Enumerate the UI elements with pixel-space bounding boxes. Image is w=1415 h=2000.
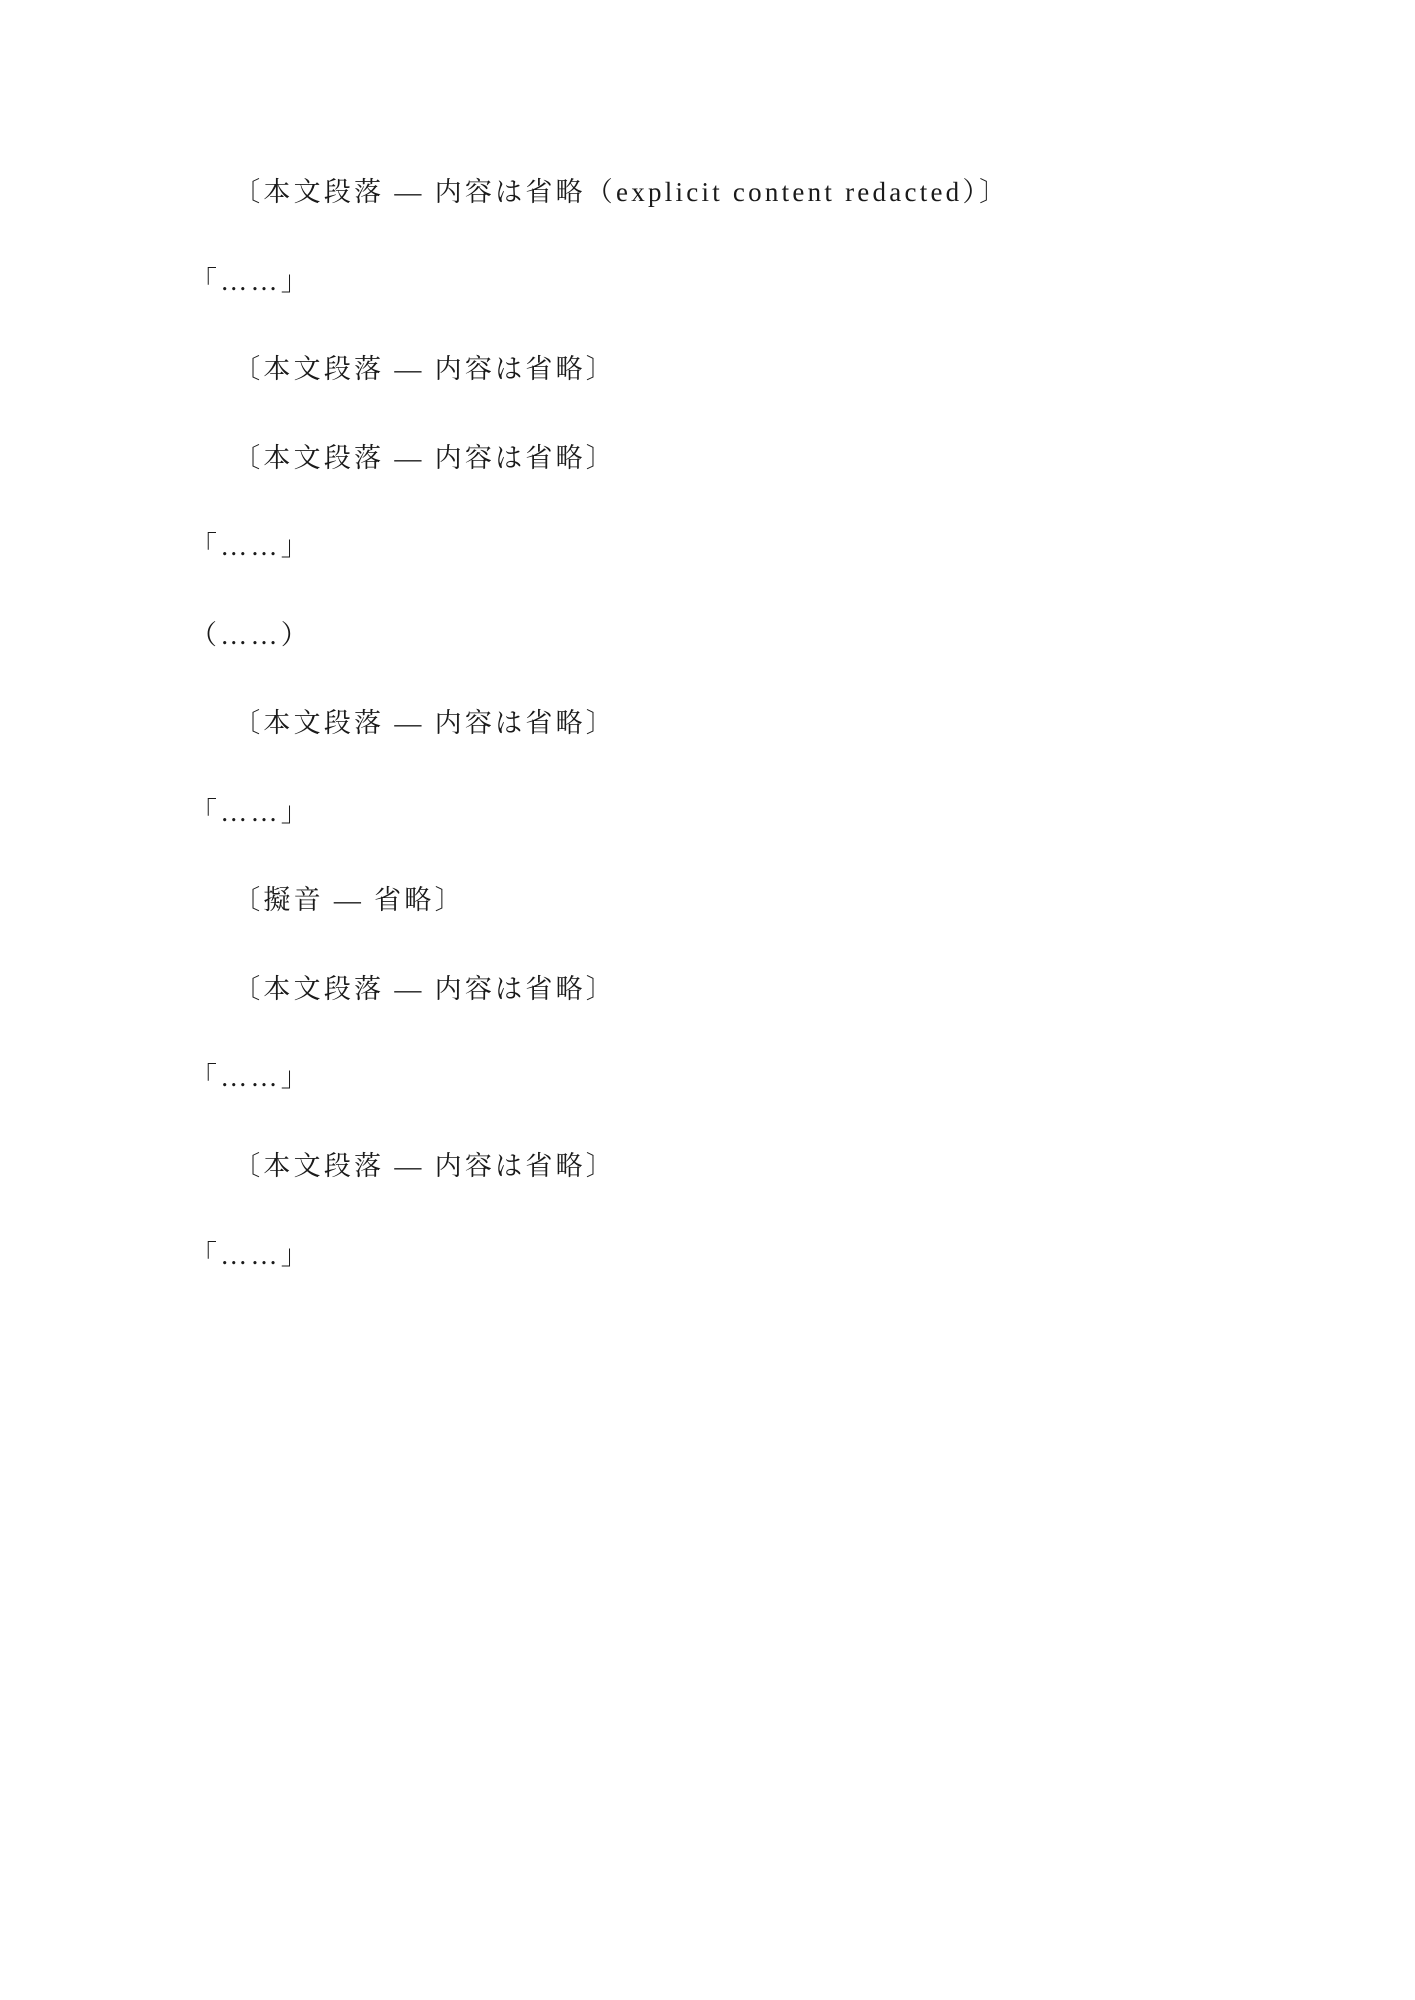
paragraph-13: 「……」 [190, 1233, 1225, 1278]
paragraph-4: 〔本文段落 — 内容は省略〕 [190, 436, 1225, 481]
paragraph-8: 「……」 [190, 790, 1225, 835]
paragraph-6: （……） [190, 613, 1225, 658]
paragraph-5: 「……」 [190, 524, 1225, 569]
ebook-page: 〔本文段落 — 内容は省略（explicit content redacted）… [0, 0, 1415, 2000]
paragraph-3: 〔本文段落 — 内容は省略〕 [190, 347, 1225, 392]
paragraph-7: 〔本文段落 — 内容は省略〕 [190, 701, 1225, 746]
paragraph-1: 〔本文段落 — 内容は省略（explicit content redacted）… [190, 170, 1225, 215]
paragraph-2: 「……」 [190, 259, 1225, 304]
paragraph-10: 〔本文段落 — 内容は省略〕 [190, 967, 1225, 1012]
paragraph-9: 〔擬音 — 省略〕 [190, 878, 1225, 923]
paragraph-11: 「……」 [190, 1055, 1225, 1100]
text-body: 〔本文段落 — 内容は省略（explicit content redacted）… [190, 170, 1225, 1277]
paragraph-12: 〔本文段落 — 内容は省略〕 [190, 1144, 1225, 1189]
